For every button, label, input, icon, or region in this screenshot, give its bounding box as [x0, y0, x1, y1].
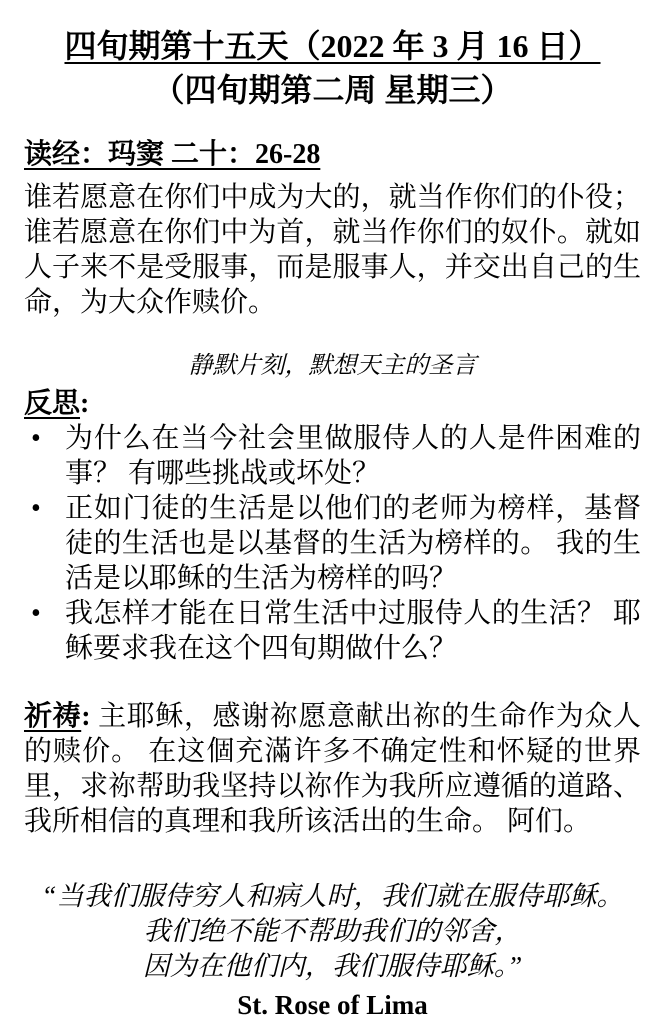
quote-line: 因为在他们内，我们服侍耶稣。” [24, 949, 641, 984]
reflection-heading: 反思: [24, 386, 641, 421]
prayer-section: 祈祷: 主耶稣，感谢祢愿意献出祢的生命作为众人的赎价。 在这個充滿许多不确定性和… [24, 699, 641, 839]
devotional-page: 四旬期第十五天（2022 年 3 月 16 日） （四旬期第二周 星期三） 读经… [0, 0, 665, 1024]
scripture-text: 谁若愿意在你们中成为大的，就当作你们的仆役；谁若愿意在你们中为首，就当作你们的奴… [24, 180, 641, 320]
reading-reference: 读经：玛窦 二十：26-28 [24, 137, 320, 173]
quote-line: 我们绝不能不帮助我们的邻舍， [24, 914, 641, 949]
scripture-section: 读经：玛窦 二十：26-28 谁若愿意在你们中成为大的，就当作你们的仆役；谁若愿… [24, 112, 641, 381]
silence-note: 静默片刻，默想天主的圣言 [24, 351, 641, 381]
quote-line: “当我们服侍穷人和病人时，我们就在服侍耶稣。 [24, 879, 641, 914]
reflection-question: 为什么在当今社会里做服侍人的人是件困难的事？ 有哪些挑战或坏处？ [24, 421, 641, 491]
reflection-question: 我怎样才能在日常生活中过服侍人的生活？ 耶稣要求我在这个四旬期做什么？ [24, 596, 641, 666]
reflection-question-list: 为什么在当今社会里做服侍人的人是件困难的事？ 有哪些挑战或坏处？ 正如门徒的生活… [24, 421, 641, 666]
page-title-group: 四旬期第十五天（2022 年 3 月 16 日） （四旬期第二周 星期三） [24, 24, 641, 112]
prayer-paragraph: 祈祷: 主耶稣，感谢祢愿意献出祢的生命作为众人的赎价。 在这個充滿许多不确定性和… [24, 699, 641, 839]
page-title: 四旬期第十五天（2022 年 3 月 16 日） [24, 24, 641, 68]
reflection-heading-label: 反思 [24, 388, 80, 419]
reflection-question: 正如门徒的生活是以他们的老师为榜样，基督徒的生活也是以基督的生活为榜样的。 我的… [24, 491, 641, 596]
page-subtitle: （四旬期第二周 星期三） [24, 68, 641, 112]
reflection-section: 反思: 为什么在当今社会里做服侍人的人是件困难的事？ 有哪些挑战或坏处？ 正如门… [24, 386, 641, 666]
prayer-label: 祈祷 [24, 701, 81, 732]
prayer-label-colon: : [81, 701, 90, 732]
quote-attribution: St. Rose of Lima [24, 986, 641, 1024]
prayer-text: 主耶稣，感谢祢愿意献出祢的生命作为众人的赎价。 在这個充滿许多不确定性和怀疑的世… [24, 701, 641, 837]
reflection-heading-colon: : [80, 388, 89, 419]
quote-section: “当我们服侍穷人和病人时，我们就在服侍耶稣。 我们绝不能不帮助我们的邻舍， 因为… [24, 879, 641, 1024]
page-header: 四旬期第十五天（2022 年 3 月 16 日） （四旬期第二周 星期三） [24, 24, 641, 112]
